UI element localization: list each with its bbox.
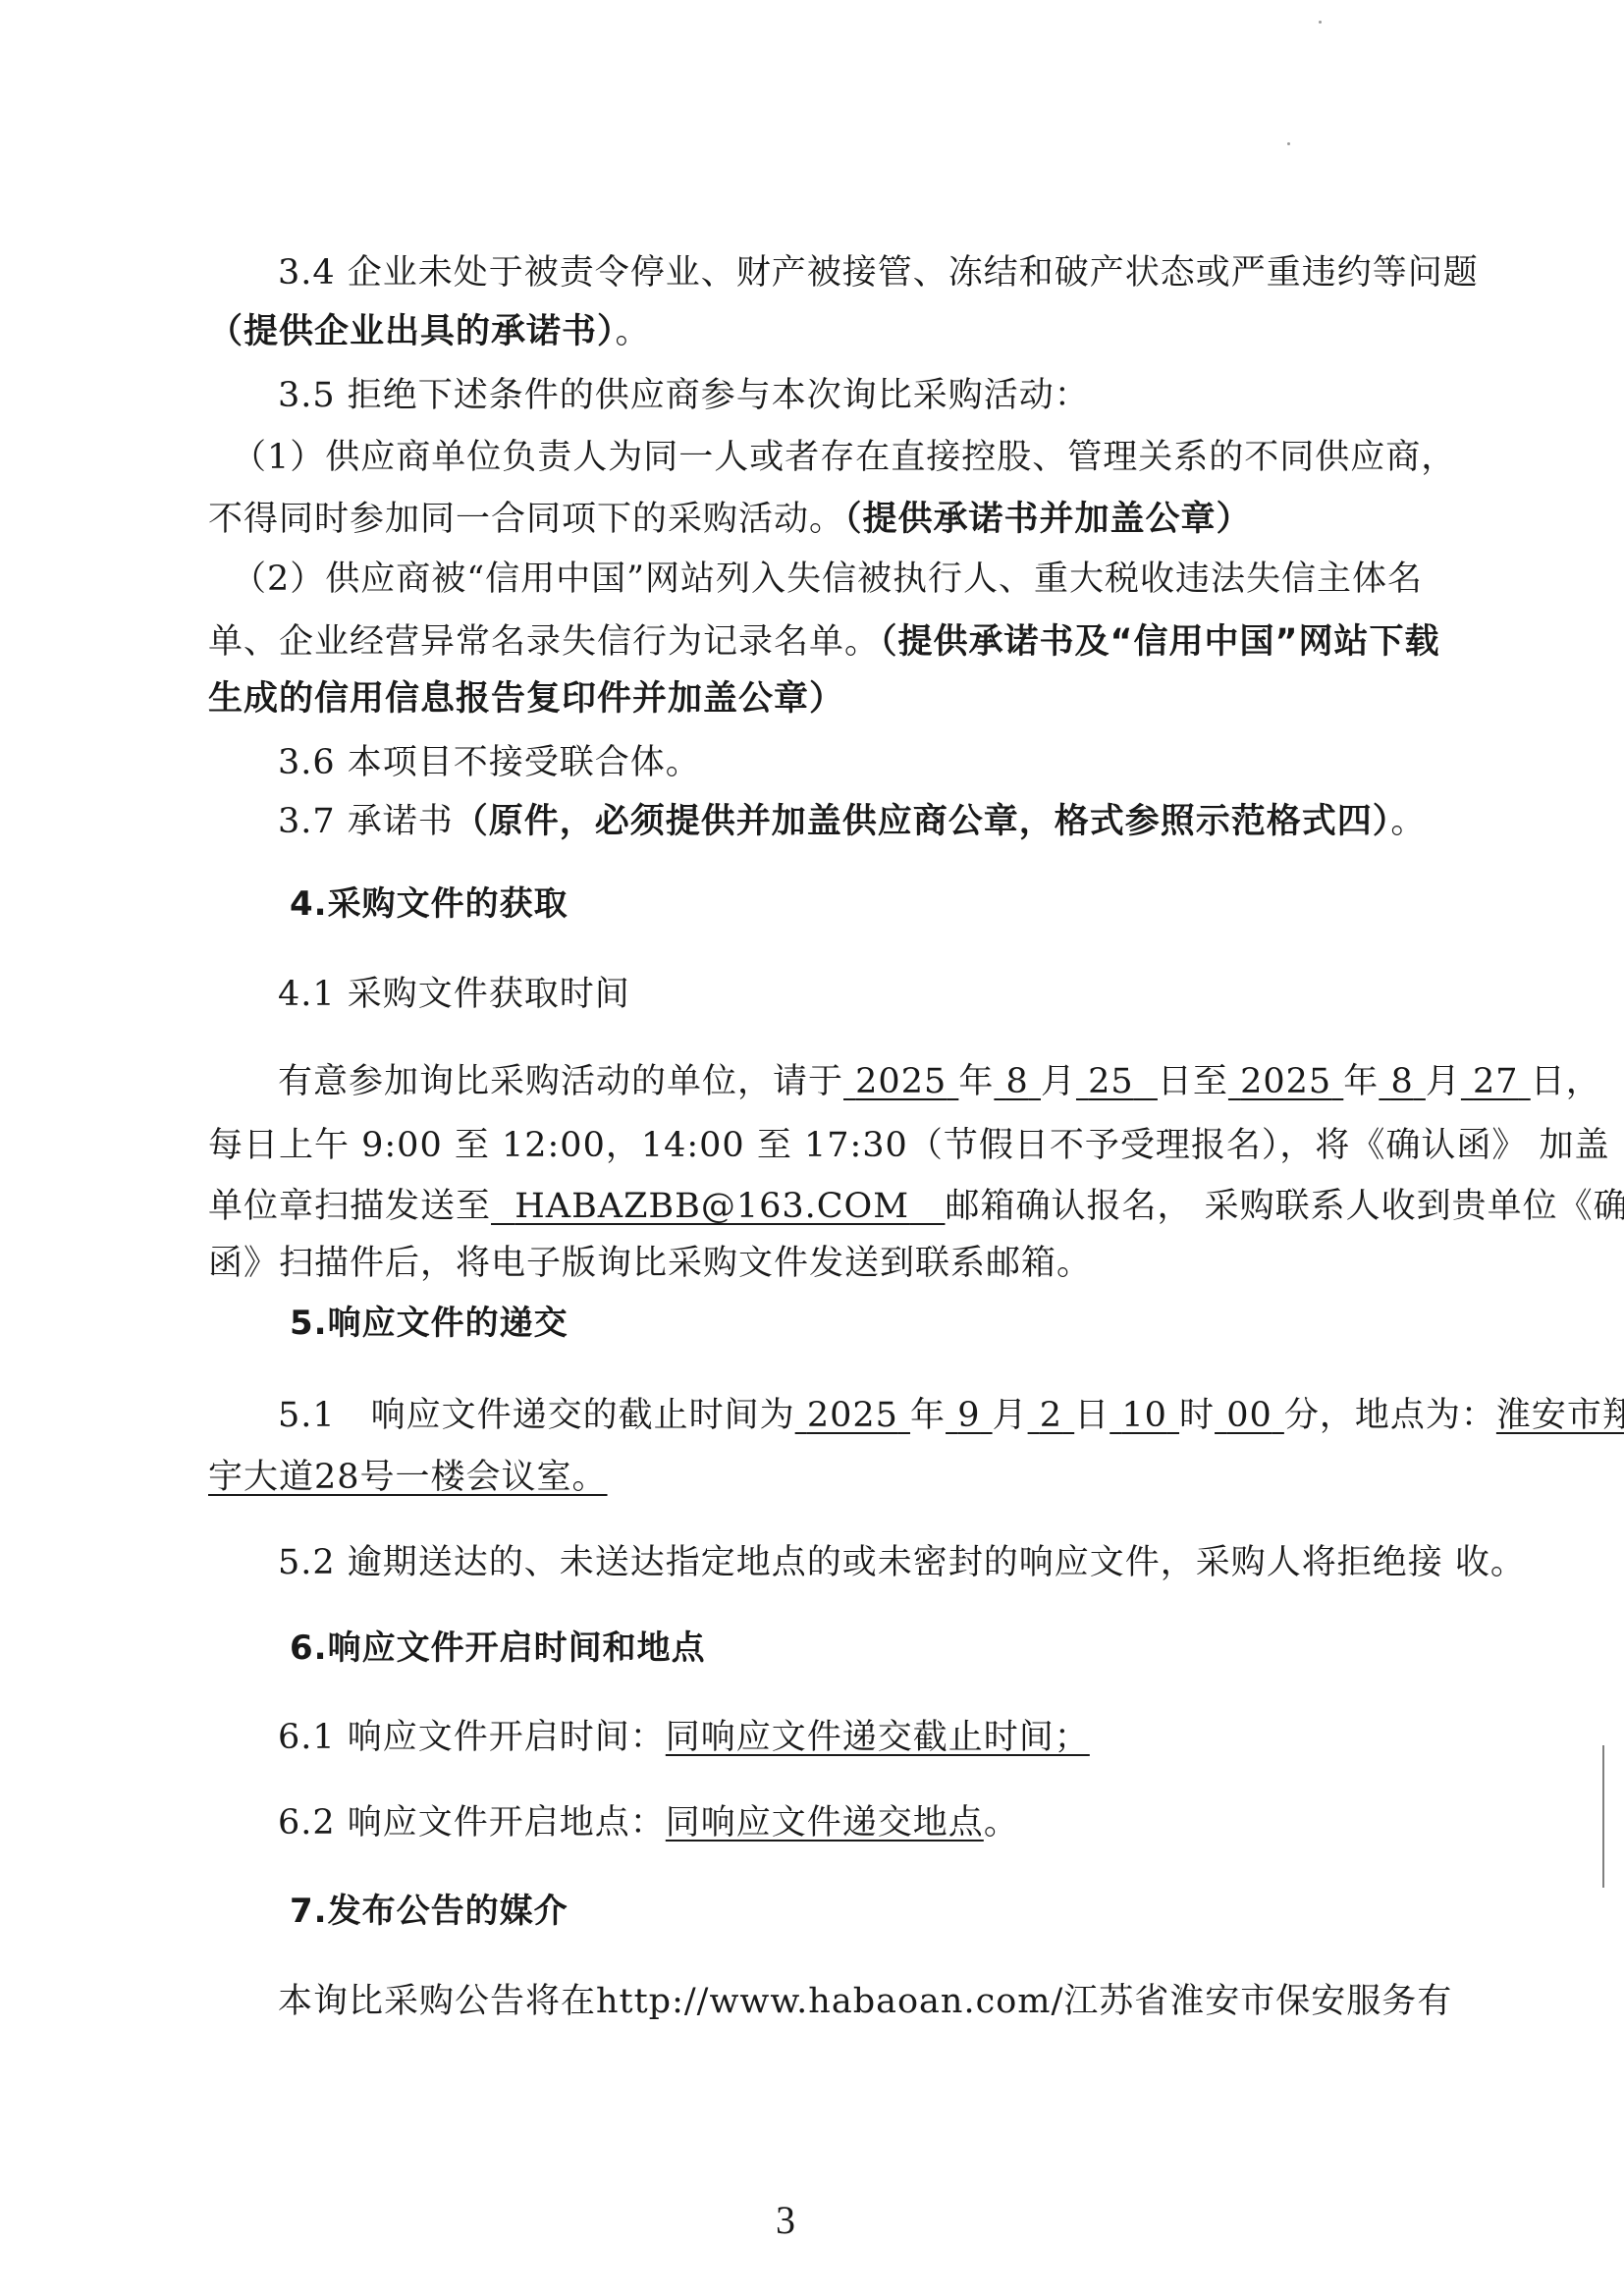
heading-section-6: 6.响应文件开启时间和地点 <box>290 1627 706 1670</box>
opening-time-label: 6.1 响应文件开启时间： <box>278 1718 666 1757</box>
deadline-day: 2 <box>1028 1396 1075 1435</box>
clause-3-5-item1-bold-note: （提供承诺书并加盖公章） <box>844 500 1252 539</box>
clause-3-7-bold-note: （原件，必须提供并加盖供应商公章，格式参照示范格式四） <box>454 802 1391 841</box>
heading-section-7: 7.发布公告的媒介 <box>290 1890 568 1933</box>
opening-time-value: 同响应文件递交截止时间； <box>666 1718 1090 1757</box>
clause-3-5-item2-text: 单、企业经营异常名录失信行为记录名单。 <box>208 622 880 662</box>
scan-speck <box>1287 142 1290 145</box>
opening-location-label: 6.2 响应文件开启地点： <box>278 1803 666 1842</box>
clause-6-2: 6.2 响应文件开启地点：同响应文件递交地点。 <box>278 1801 1019 1844</box>
clause-3-4-bold-note: （提供企业出具的承诺书） <box>208 312 616 351</box>
start-month: 8 <box>994 1062 1041 1101</box>
hour-label: 时 <box>1179 1396 1215 1435</box>
clause-5-1-line1: 5.1 响应文件递交的截止时间为 2025 年 9 月 2 日 10 时 00 … <box>278 1394 1624 1437</box>
start-year: 2025 <box>843 1062 958 1101</box>
clause-3-7-period: 。 <box>1390 802 1426 841</box>
clause-3-5-item1-text: 不得同时参加同一合同项下的采购活动。 <box>208 500 844 539</box>
clause-7-text: 本询比采购公告将在http://www.habaoan.com/江苏省淮安市保安… <box>278 1980 1452 2023</box>
clause-3-6: 3.6 本项目不接受联合体。 <box>278 741 701 784</box>
clause-3-5-item2-line1: （2）供应商被“信用中国”网站列入失信被执行人、重大税收违法失信主体名 <box>232 558 1423 601</box>
year-label-2: 年 <box>1343 1062 1379 1101</box>
clause-3-4-line1: 3.4 企业未处于被责令停业、财产被接管、冻结和破产状态或严重违约等问题 <box>278 251 1479 294</box>
end-year: 2025 <box>1228 1062 1343 1101</box>
deadline-prefix: 5.1 响应文件递交的截止时间为 <box>278 1396 795 1435</box>
clause-4-1-line4: 函》扫描件后，将电子版询比采购文件发送到联系邮箱。 <box>208 1242 1092 1285</box>
clause-3-4-period: 。 <box>616 312 651 351</box>
page-number: 3 <box>776 2197 795 2243</box>
clause-4-1-line3: 单位章扫描发送至 HABAZBB@163.COM 邮箱确认报名， 采购联系人收到… <box>208 1185 1624 1228</box>
deadline-hour: 10 <box>1110 1396 1179 1435</box>
minute-label: 分，地点为： <box>1284 1396 1496 1435</box>
scan-edge-mark <box>1602 1745 1604 1888</box>
scan-speck <box>1319 21 1322 24</box>
clause-5-2: 5.2 逾期送达的、未送达指定地点的或未密封的响应文件，采购人将拒绝接 收。 <box>278 1541 1526 1584</box>
clause-3-5-item1-line2: 不得同时参加同一合同项下的采购活动。（提供承诺书并加盖公章） <box>208 498 1252 541</box>
acquisition-prefix: 有意参加询比采购活动的单位，请于 <box>278 1062 843 1101</box>
month-label: 月 <box>1041 1062 1076 1101</box>
clause-3-5-item2-line2: 单、企业经营异常名录失信行为记录名单。（提供承诺书及“信用中国”网站下载 <box>208 620 1440 664</box>
month-label-2: 月 <box>1426 1062 1461 1101</box>
start-day: 25 <box>1076 1062 1158 1101</box>
opening-location-value: 同响应文件递交地点 <box>666 1803 984 1842</box>
month-label: 月 <box>993 1396 1028 1435</box>
clause-4-1-title: 4.1 采购文件获取时间 <box>278 973 630 1016</box>
day-label: 日 <box>1074 1396 1110 1435</box>
clause-3-5-item1-line1: （1）供应商单位负责人为同一人或者存在直接控股、管理关系的不同供应商， <box>232 436 1456 479</box>
deadline-minute: 00 <box>1215 1396 1284 1435</box>
deadline-year: 2025 <box>795 1396 910 1435</box>
clause-5-1-line2: 宇大道28号一楼会议室。 <box>208 1456 608 1499</box>
clause-3-5-item2-bold-note: （提供承诺书及“信用中国”网站下载 <box>880 622 1440 662</box>
location-part1: 淮安市翔 <box>1496 1396 1624 1435</box>
email-prefix: 单位章扫描发送至 <box>208 1187 491 1226</box>
clause-3-7: 3.7 承诺书（原件，必须提供并加盖供应商公章，格式参照示范格式四）。 <box>278 800 1426 843</box>
deadline-month: 9 <box>946 1396 993 1435</box>
clause-3-5: 3.5 拒绝下述条件的供应商参与本次询比采购活动： <box>278 374 1090 417</box>
clause-4-1-line2: 每日上午 9:00 至 12:00，14:00 至 17:30（节假日不予受理报… <box>208 1124 1609 1167</box>
clause-3-7-text: 3.7 承诺书 <box>278 802 454 841</box>
year-label: 年 <box>910 1396 946 1435</box>
day-to-label: 日至 <box>1158 1062 1228 1101</box>
clause-3-4-line2: （提供企业出具的承诺书）。 <box>208 310 651 353</box>
location-part2: 宇大道28号一楼会议室。 <box>208 1458 608 1497</box>
end-month: 8 <box>1379 1062 1426 1101</box>
clause-3-5-item2-line3: 生成的信用信息报告复印件并加盖公章） <box>208 677 844 721</box>
end-suffix: 日， <box>1531 1062 1601 1101</box>
heading-section-5: 5.响应文件的递交 <box>290 1302 568 1345</box>
year-label: 年 <box>958 1062 994 1101</box>
clause-4-1-line1: 有意参加询比采购活动的单位，请于 2025 年 8 月 25 日至 2025 年… <box>278 1060 1601 1103</box>
opening-location-suffix: 。 <box>984 1803 1019 1842</box>
contact-email: HABAZBB@163.COM <box>491 1187 945 1226</box>
clause-6-1: 6.1 响应文件开启时间：同响应文件递交截止时间； <box>278 1716 1090 1759</box>
end-day: 27 <box>1461 1062 1531 1101</box>
heading-section-4: 4.采购文件的获取 <box>290 882 568 926</box>
email-suffix: 邮箱确认报名， 采购联系人收到贵单位《确认 <box>945 1187 1624 1226</box>
